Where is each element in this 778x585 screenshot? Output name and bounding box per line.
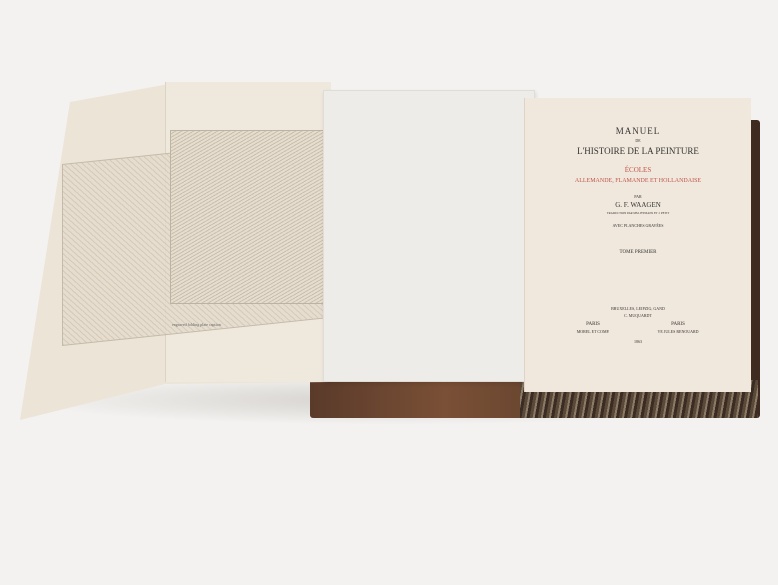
- title-line: L'HISTOIRE DE LA PEINTURE: [525, 146, 751, 156]
- year: 1863: [525, 339, 751, 344]
- publisher: PARIS: [565, 322, 778, 327]
- title-line: AVEC PLANCHES GRAVÉES: [525, 223, 751, 228]
- publisher: C. MUQUARDT: [525, 313, 751, 318]
- title-line: ALLEMANDE, FLAMANDE ET HOLLANDAISE: [525, 178, 751, 184]
- publisher: VE JULES RENOUARD: [565, 329, 778, 334]
- engraving-right: [170, 130, 330, 304]
- author: G. F. WAAGEN: [525, 201, 751, 209]
- title-line: PAR: [525, 194, 751, 199]
- title-line: MANUEL: [525, 126, 751, 136]
- title-line: ÉCOLES: [525, 166, 751, 174]
- title-line: TRADUCTION PAR MM. HYMANS ET J. PETIT: [525, 211, 751, 215]
- plate-caption: engraved folding plate caption: [172, 322, 221, 327]
- tissue-guard: [323, 90, 535, 382]
- title-line: DE: [525, 138, 751, 143]
- publisher: BRUXELLES, LEIPZIG, GAND: [525, 306, 751, 311]
- volume: TOME PREMIER: [525, 250, 751, 255]
- title-page: MANUEL DE L'HISTOIRE DE LA PEINTURE ÉCOL…: [524, 98, 751, 392]
